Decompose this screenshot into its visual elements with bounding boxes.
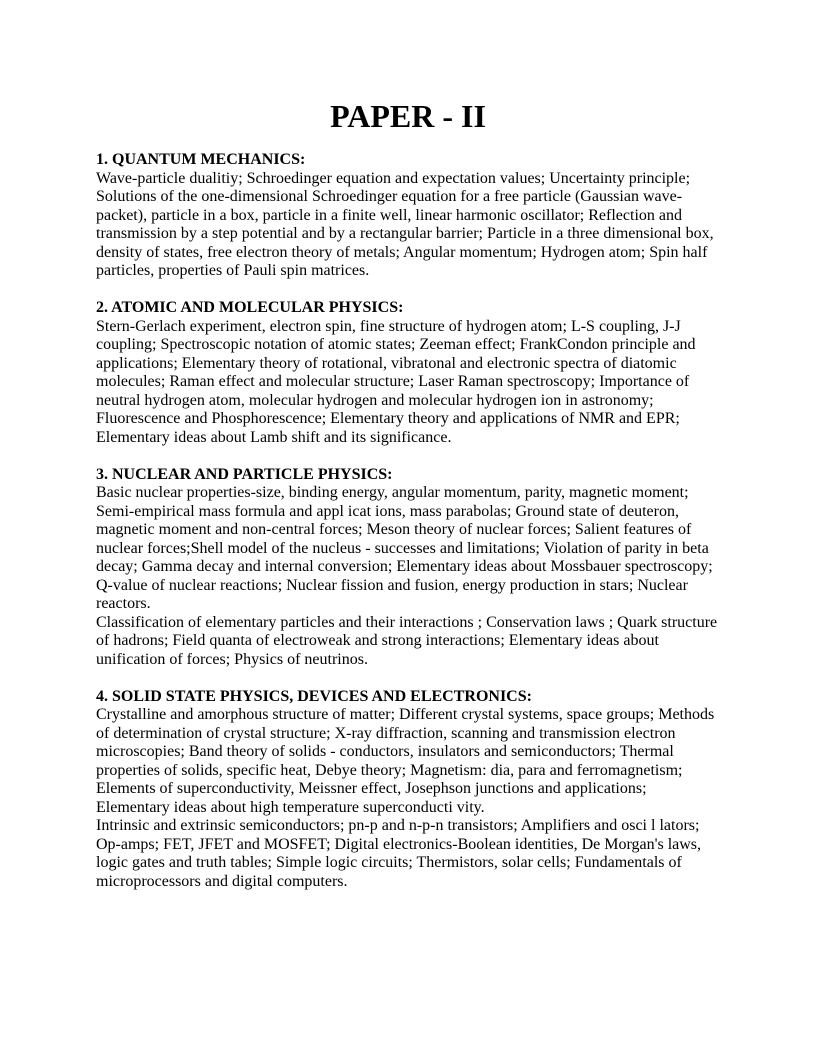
text-line: neutral hydrogen atom, molecular hydroge… [96,392,736,411]
text-line: Op-amps; FET, JFET and MOSFET; Digital e… [96,836,736,855]
section-quantum-mechanics: 1. QUANTUM MECHANICS: Wave-particle dual… [96,151,736,281]
section-atomic-molecular-physics: 2. ATOMIC AND MOLECULAR PHYSICS: Stern-G… [96,299,736,447]
text-line: Elementary ideas about high temperature … [96,799,736,818]
section-heading: 4. SOLID STATE PHYSICS, DEVICES AND ELEC… [96,688,736,707]
text-line: Basic nuclear properties-size, binding e… [96,484,736,503]
text-line: Classification of elementary particles a… [96,614,736,633]
text-line: decay; Gamma decay and internal conversi… [96,558,736,577]
text-line: of hadrons; Field quanta of electroweak … [96,632,736,651]
text-line: Wave-particle dualitiy; Schroedinger equ… [96,170,736,189]
text-line: Fluorescence and Phosphorescence; Elemen… [96,410,736,429]
text-line: unification of forces; Physics of neutri… [96,651,736,670]
text-line: molecules; Raman effect and molecular st… [96,373,736,392]
syllabus-content: 1. QUANTUM MECHANICS: Wave-particle dual… [96,151,736,910]
text-line: magnetic moment and non-central forces; … [96,521,736,540]
section-heading: 2. ATOMIC AND MOLECULAR PHYSICS: [96,299,736,318]
text-line: Elementary ideas about Lamb shift and it… [96,429,736,448]
page-title: PAPER - II [0,96,816,136]
text-line: logic gates and truth tables; Simple log… [96,854,736,873]
text-line: particles, properties of Pauli spin matr… [96,262,736,281]
text-line: packet), particle in a box, particle in … [96,207,736,226]
section-solid-state-electronics: 4. SOLID STATE PHYSICS, DEVICES AND ELEC… [96,688,736,892]
text-line: microprocessors and digital computers. [96,873,736,892]
text-line: properties of solids, specific heat, Deb… [96,762,736,781]
text-line: of determination of crystal structure; X… [96,725,736,744]
text-line: Stern-Gerlach experiment, electron spin,… [96,318,736,337]
section-heading: 3. NUCLEAR AND PARTICLE PHYSICS: [96,466,736,485]
text-line: reactors. [96,595,736,614]
text-line: Semi-empirical mass formula and appl ica… [96,503,736,522]
text-line: Q-value of nuclear reactions; Nuclear fi… [96,577,736,596]
text-line: coupling; Spectroscopic notation of atom… [96,336,736,355]
text-line: transmission by a step potential and by … [96,225,736,244]
section-nuclear-particle-physics: 3. NUCLEAR AND PARTICLE PHYSICS: Basic n… [96,466,736,670]
section-heading: 1. QUANTUM MECHANICS: [96,151,736,170]
text-line: Intrinsic and extrinsic semiconductors; … [96,817,736,836]
text-line: density of states, free electron theory … [96,244,736,263]
text-line: nuclear forces;Shell model of the nucleu… [96,540,736,559]
text-line: Crystalline and amorphous structure of m… [96,706,736,725]
text-line: Solutions of the one-dimensional Schroed… [96,188,736,207]
text-line: microscopies; Band theory of solids - co… [96,743,736,762]
text-line: applications; Elementary theory of rotat… [96,355,736,374]
text-line: Elements of superconductivity, Meissner … [96,780,736,799]
